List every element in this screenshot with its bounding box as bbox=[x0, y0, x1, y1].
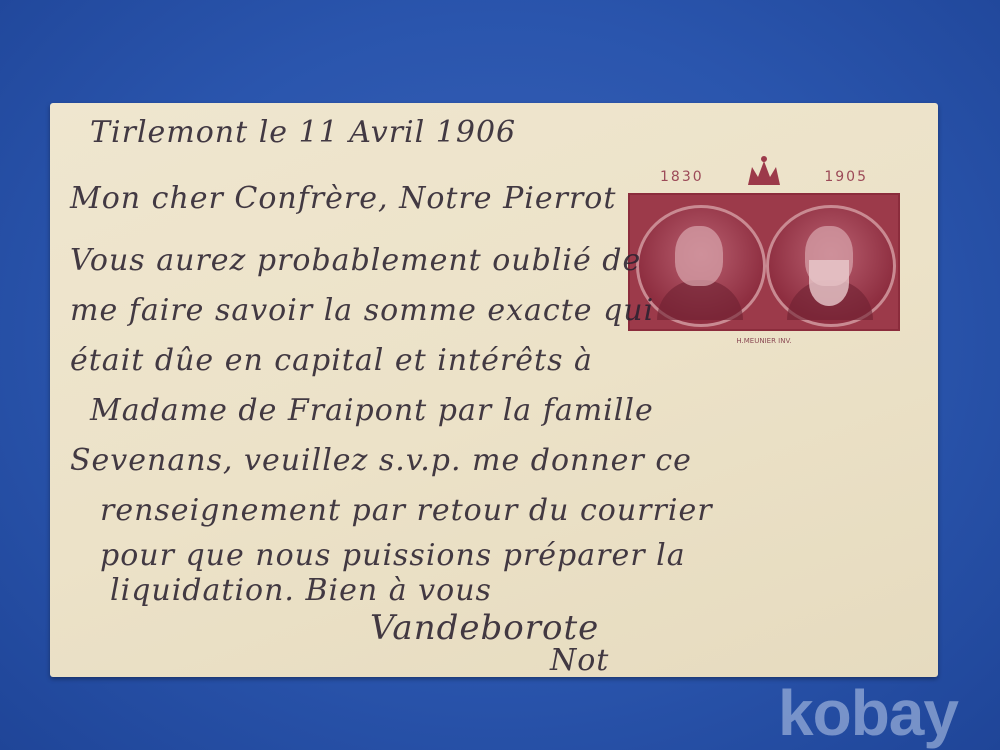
handwriting-line: Tirlemont le 11 Avril 1906 bbox=[90, 115, 516, 150]
postcard: 1830 1905 H.MEUNIER INV. Tirlemont le 11… bbox=[50, 103, 938, 677]
watermark-logo: kobay bbox=[778, 676, 958, 750]
stamp-imprint: H.MEUNIER INV. bbox=[630, 337, 898, 345]
handwriting-line: Madame de Fraipont par la famille bbox=[90, 393, 654, 428]
stamp-year-left: 1830 bbox=[660, 169, 704, 185]
stamp-year-right: 1905 bbox=[824, 169, 868, 185]
portrait-right bbox=[766, 205, 896, 327]
portrait-left bbox=[636, 205, 766, 327]
handwriting-line: était dûe en capital et intérêts à bbox=[70, 343, 593, 378]
handwriting-line: me faire savoir la somme exacte qui bbox=[70, 293, 654, 328]
handwriting-line: pour que nous puissions préparer la bbox=[100, 538, 686, 573]
handwriting-line: Vous aurez probablement oublié de bbox=[70, 243, 641, 278]
postage-stamp: 1830 1905 H.MEUNIER INV. bbox=[628, 193, 900, 331]
signature: Vandeborote bbox=[370, 608, 599, 648]
handwriting-line: renseignement par retour du courrier bbox=[100, 493, 713, 528]
handwriting-line: Sevenans, veuillez s.v.p. me donner ce bbox=[70, 443, 692, 478]
stamp-years: 1830 1905 bbox=[630, 169, 898, 185]
handwriting-line: Mon cher Confrère, Notre Pierrot bbox=[70, 181, 616, 216]
signature-suffix: Not bbox=[550, 643, 609, 678]
handwriting-line: liquidation. Bien à vous bbox=[110, 573, 492, 608]
